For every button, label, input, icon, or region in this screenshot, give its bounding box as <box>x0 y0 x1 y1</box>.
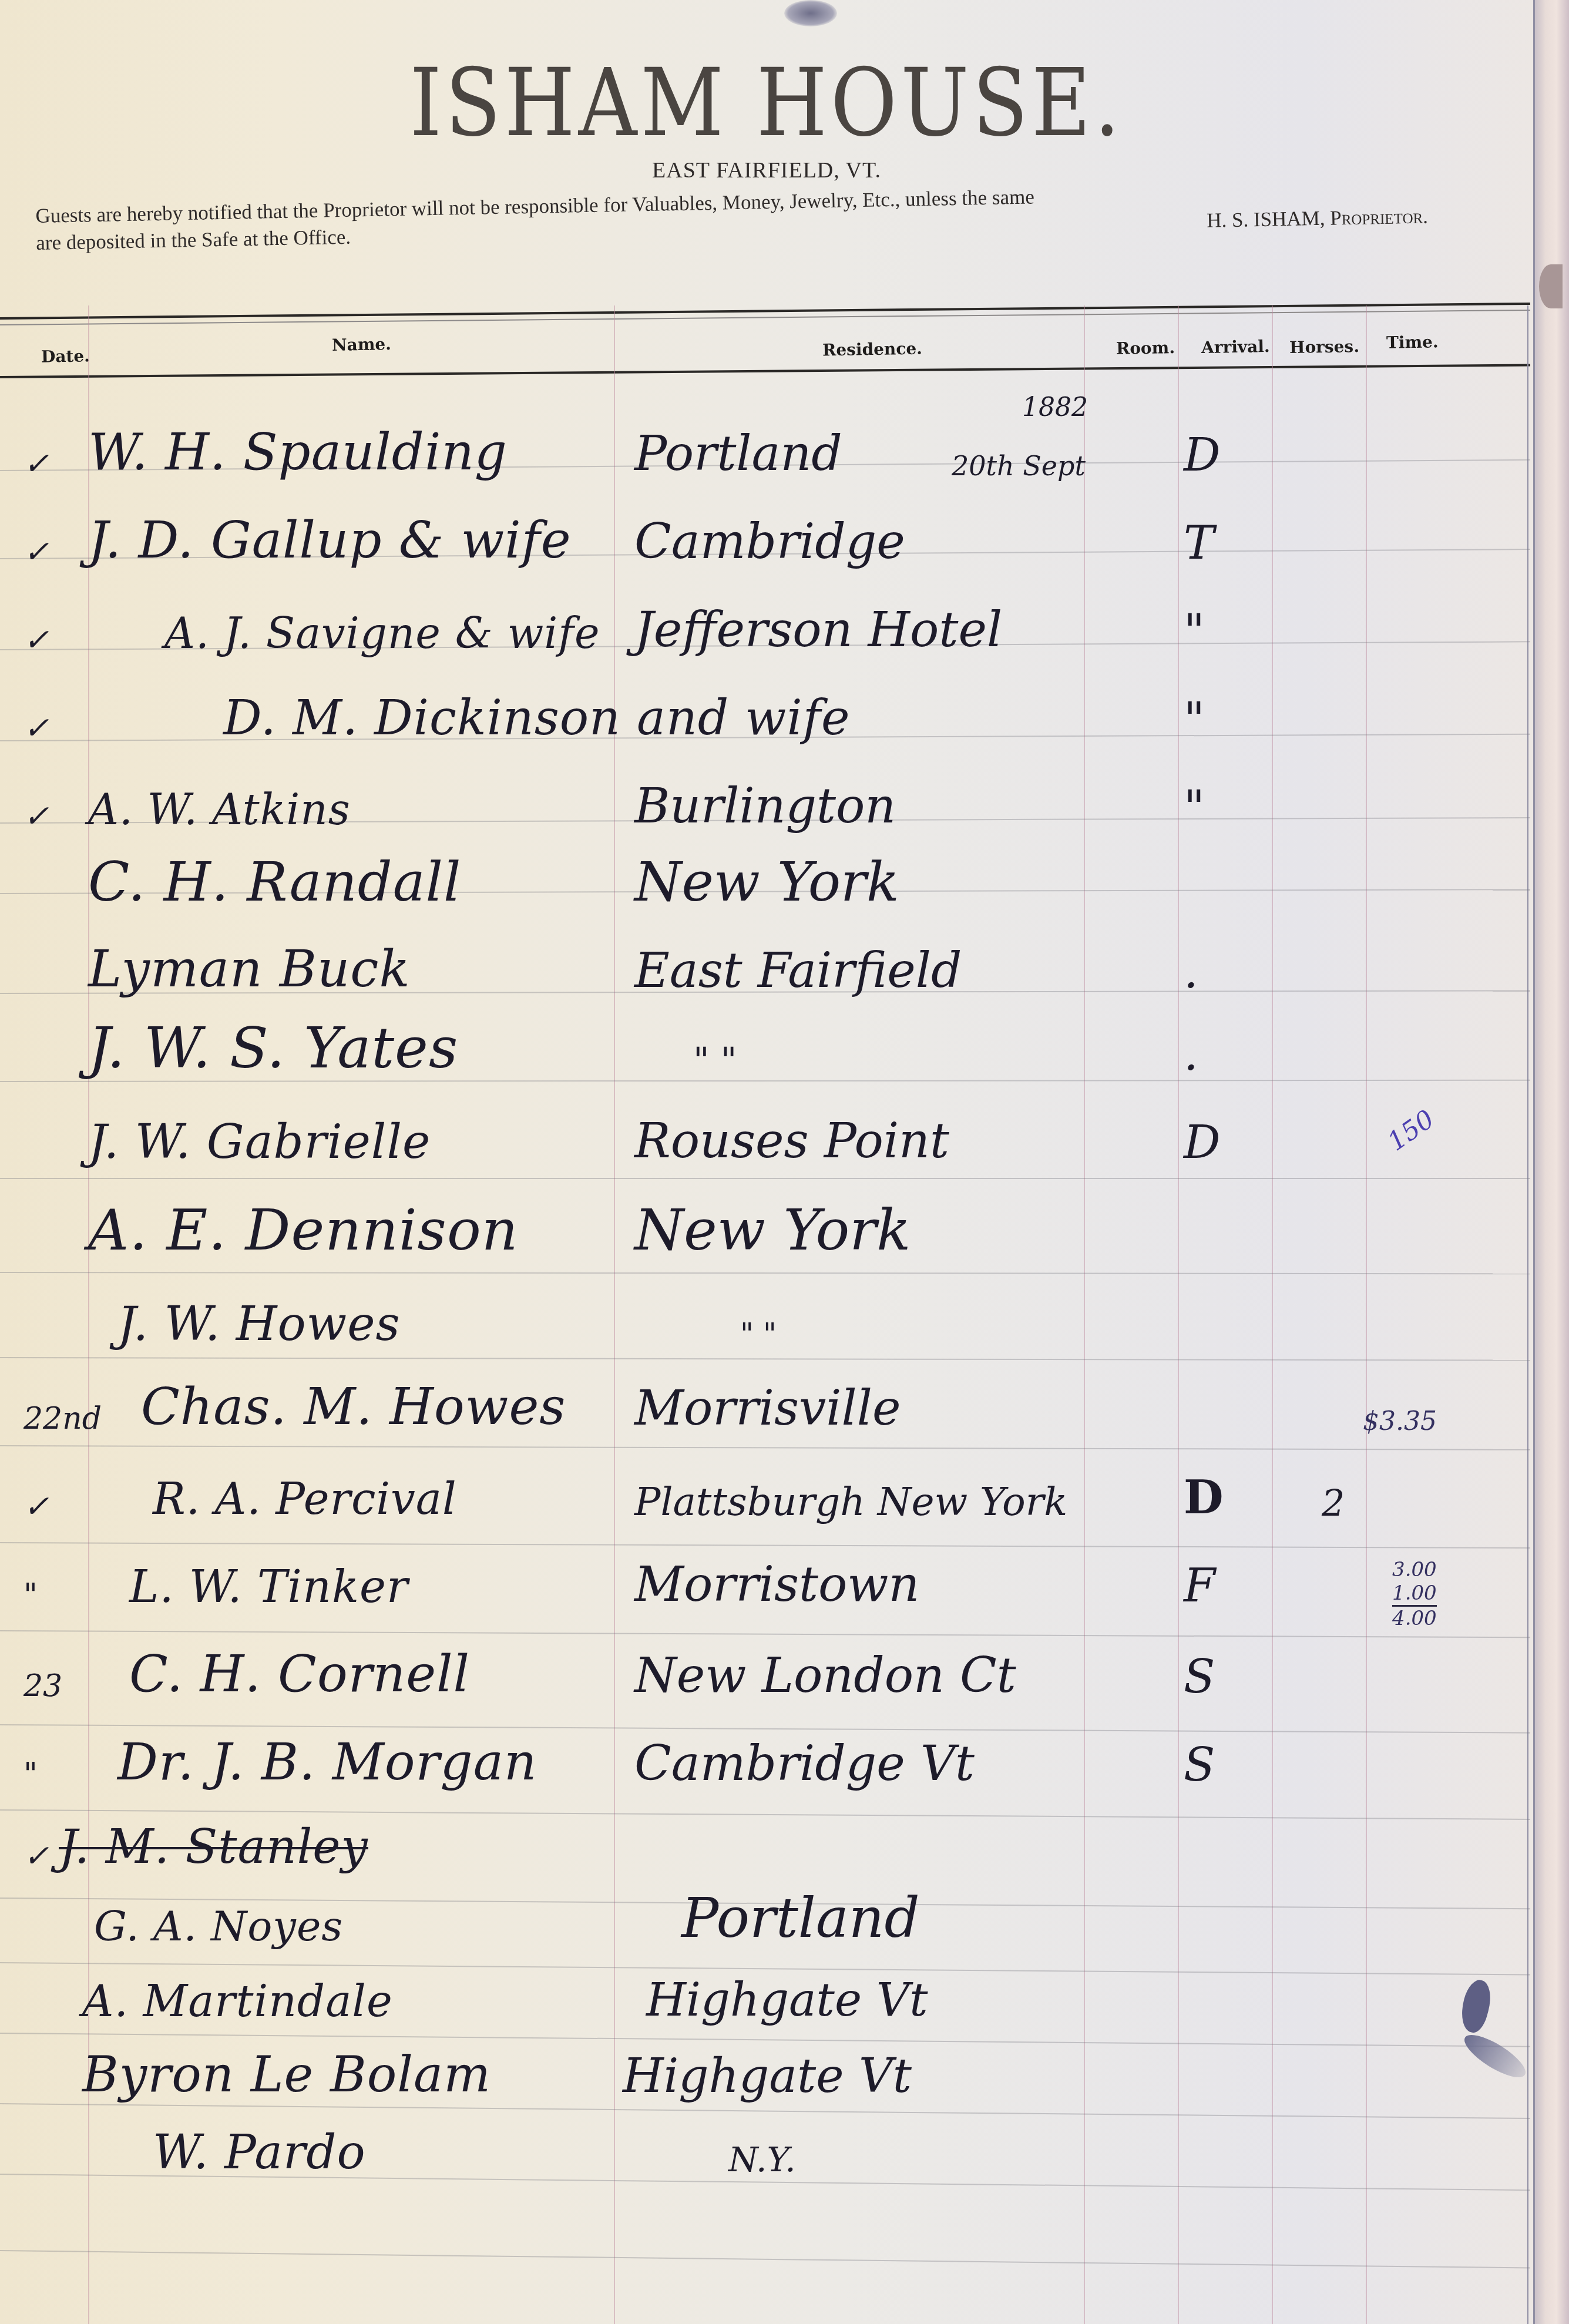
column-header-residence: Residence. <box>822 339 922 360</box>
entry-arrival: " <box>1184 605 1205 658</box>
guest-entry: " L. W. Tinker Morristown F 3.00 1.00 4.… <box>0 1536 1530 1624</box>
entry-arrival: . <box>1184 946 1198 999</box>
guest-entry: G. A. Noyes Portland <box>0 1874 1530 1962</box>
guest-entry: ✓ J. M. Stanley <box>0 1798 1530 1886</box>
guest-entry: " Dr. J. B. Morgan Cambridge Vt S <box>0 1715 1530 1804</box>
guest-entry: 22nd Chas. M. Howes Morrisville $3.35 <box>0 1360 1530 1448</box>
column-header-horses: Horses. <box>1289 337 1360 357</box>
entry-horses: 2 <box>1322 1482 1345 1524</box>
entry-residence: Plattsburgh New York <box>634 1479 1067 1524</box>
entry-residence: Morrisville <box>634 1381 901 1436</box>
column-header-time: Time. <box>1386 332 1439 352</box>
entry-name: C. H. Cornell <box>129 1645 470 1704</box>
column-header-date: Date. <box>41 346 90 366</box>
entry-arrival: . <box>1184 1028 1198 1081</box>
entry-arrival: S <box>1184 1739 1215 1792</box>
entry-date: " <box>23 1577 38 1613</box>
entry-date: ✓ <box>23 799 49 834</box>
entry-residence: East Fairfield <box>634 943 962 999</box>
entry-date: 23 <box>23 1668 62 1704</box>
entry-residence: New London Ct <box>634 1648 1016 1704</box>
entry-name: J. D. Gallup & wife <box>88 511 572 570</box>
guest-entry: ✓ R. A. Percival Plattsburgh New York D … <box>0 1448 1530 1536</box>
entry-date: ✓ <box>23 711 49 746</box>
entry-residence: Burlington <box>634 778 896 834</box>
guest-entry: J. W. Howes " " <box>0 1275 1530 1363</box>
entry-name: Dr. J. B. Morgan <box>117 1733 537 1792</box>
guest-entry: A. Martindale Highgate Vt <box>0 1950 1530 2038</box>
entry-name: W. H. Spaulding <box>88 423 508 482</box>
entry-name-struck: J. M. Stanley <box>59 1819 368 1874</box>
entry-arrival: D <box>1184 1471 1224 1524</box>
book-binding <box>1533 0 1569 2324</box>
entry-name: A. W. Atkins <box>88 785 351 834</box>
entry-residence: " " <box>693 1040 737 1081</box>
entry-arrival: D <box>1184 1116 1221 1169</box>
column-header-arrival: Arrival. <box>1201 337 1270 357</box>
entry-date: 22nd <box>23 1401 102 1436</box>
entry-residence: Jefferson Hotel <box>634 602 1002 658</box>
entry-name: J. W. Gabrielle <box>88 1114 431 1169</box>
entry-name: J. W. Howes <box>117 1297 401 1351</box>
masthead: ISHAM HOUSE. EAST FAIRFIELD, VT. Guests … <box>0 0 1533 305</box>
entry-arrival: S <box>1184 1651 1215 1704</box>
entry-arrival: F <box>1184 1560 1215 1613</box>
column-header-name: Name. <box>332 334 391 355</box>
entry-name: Byron Le Bolam <box>82 2046 491 2103</box>
entry-arrival: " <box>1184 781 1205 834</box>
entry-room: 20th Sept <box>952 450 1086 482</box>
entry-name: W. Pardo <box>153 2125 366 2179</box>
entry-name: R. A. Percival <box>153 1474 457 1524</box>
entry-arrival: T <box>1184 517 1214 570</box>
entry-name: D. M. Dickinson and wife <box>223 690 851 746</box>
entry-residence: New York <box>634 851 899 914</box>
entry-name: Chas. M. Howes <box>141 1378 566 1436</box>
entry-residence: " " <box>740 1317 777 1351</box>
guest-entry: C. H. Randall New York <box>0 837 1530 925</box>
entry-name: G. A. Noyes <box>94 1902 343 1950</box>
guest-entry: ✓ W. H. Spaulding Portland 20th Sept D <box>0 405 1530 493</box>
entry-arrival: D <box>1184 429 1221 482</box>
entry-residence: New York <box>634 1197 911 1263</box>
entry-time-sum: 3.00 1.00 4.00 <box>1392 1558 1437 1630</box>
entry-time-pencil: 150 <box>1382 1104 1440 1157</box>
guest-entry: J. W. Gabrielle Rouses Point D 150 <box>0 1093 1530 1181</box>
entry-name: J. W. S. Yates <box>88 1015 458 1081</box>
sum-line-1: 3.00 <box>1392 1558 1437 1581</box>
entry-name: C. H. Randall <box>88 851 461 914</box>
entry-date: ✓ <box>23 1489 49 1524</box>
binding-tear <box>1539 264 1563 308</box>
notice-line-2: are deposited in the Safe at the Office. <box>36 224 351 257</box>
guest-entry: A. E. Dennison New York <box>0 1187 1530 1275</box>
entry-date: ✓ <box>23 535 49 570</box>
entry-arrival: " <box>1184 693 1205 746</box>
entry-name: L. W. Tinker <box>129 1560 408 1613</box>
entry-name: A. J. Savigne & wife <box>164 609 600 658</box>
entry-time: $3.35 <box>1363 1406 1437 1436</box>
entry-name: A. E. Dennison <box>88 1197 519 1263</box>
guest-entry: 23 C. H. Cornell New London Ct S <box>0 1627 1530 1715</box>
guest-entry: W. Pardo N.Y. <box>0 2103 1530 2191</box>
guest-entry: J. W. S. Yates " " . <box>0 1005 1530 1093</box>
entry-residence: Highgate Vt <box>623 2048 912 2103</box>
entry-date: ✓ <box>23 623 49 658</box>
liability-notice: Guests are hereby notified that the Prop… <box>35 175 1481 257</box>
entry-residence: Morristown <box>634 1557 919 1613</box>
guest-entry: ✓ A. W. Atkins Burlington " <box>0 758 1530 846</box>
guest-entry: ✓ D. M. Dickinson and wife " <box>0 670 1530 758</box>
entry-residence: Rouses Point <box>634 1113 949 1169</box>
entry-name: A. Martindale <box>82 1976 393 2027</box>
sum-total: 4.00 <box>1392 1605 1437 1630</box>
guest-entry: Lyman Buck East Fairfield . <box>0 922 1530 1010</box>
entry-residence: Cambridge <box>634 514 905 570</box>
column-header-row: Date. Name. Residence. Room. Arrival. Ho… <box>0 311 1530 382</box>
entry-date: ✓ <box>23 446 49 482</box>
hotel-title: ISHAM HOUSE. <box>0 49 1533 157</box>
entry-residence: Portland <box>681 1886 920 1950</box>
entry-residence: Highgate Vt <box>646 1974 928 2027</box>
entry-residence: Portland <box>634 426 842 482</box>
column-header-room: Room. <box>1116 338 1175 358</box>
sum-line-2: 1.00 <box>1392 1581 1437 1605</box>
proprietor-signature: H. S. ISHAM, Proprietor. <box>1207 203 1429 234</box>
guest-entry: Byron Le Bolam Highgate Vt <box>0 2027 1530 2115</box>
guest-entry: ✓ J. D. Gallup & wife Cambridge T <box>0 493 1530 582</box>
entry-date: ✓ <box>23 1839 49 1874</box>
entry-name: Lyman Buck <box>88 940 411 999</box>
entry-date: " <box>23 1757 38 1792</box>
entry-residence: N.Y. <box>728 2140 796 2179</box>
entry-residence: Cambridge Vt <box>634 1736 975 1792</box>
guest-entry: ✓ A. J. Savigne & wife Jefferson Hotel " <box>0 582 1530 670</box>
